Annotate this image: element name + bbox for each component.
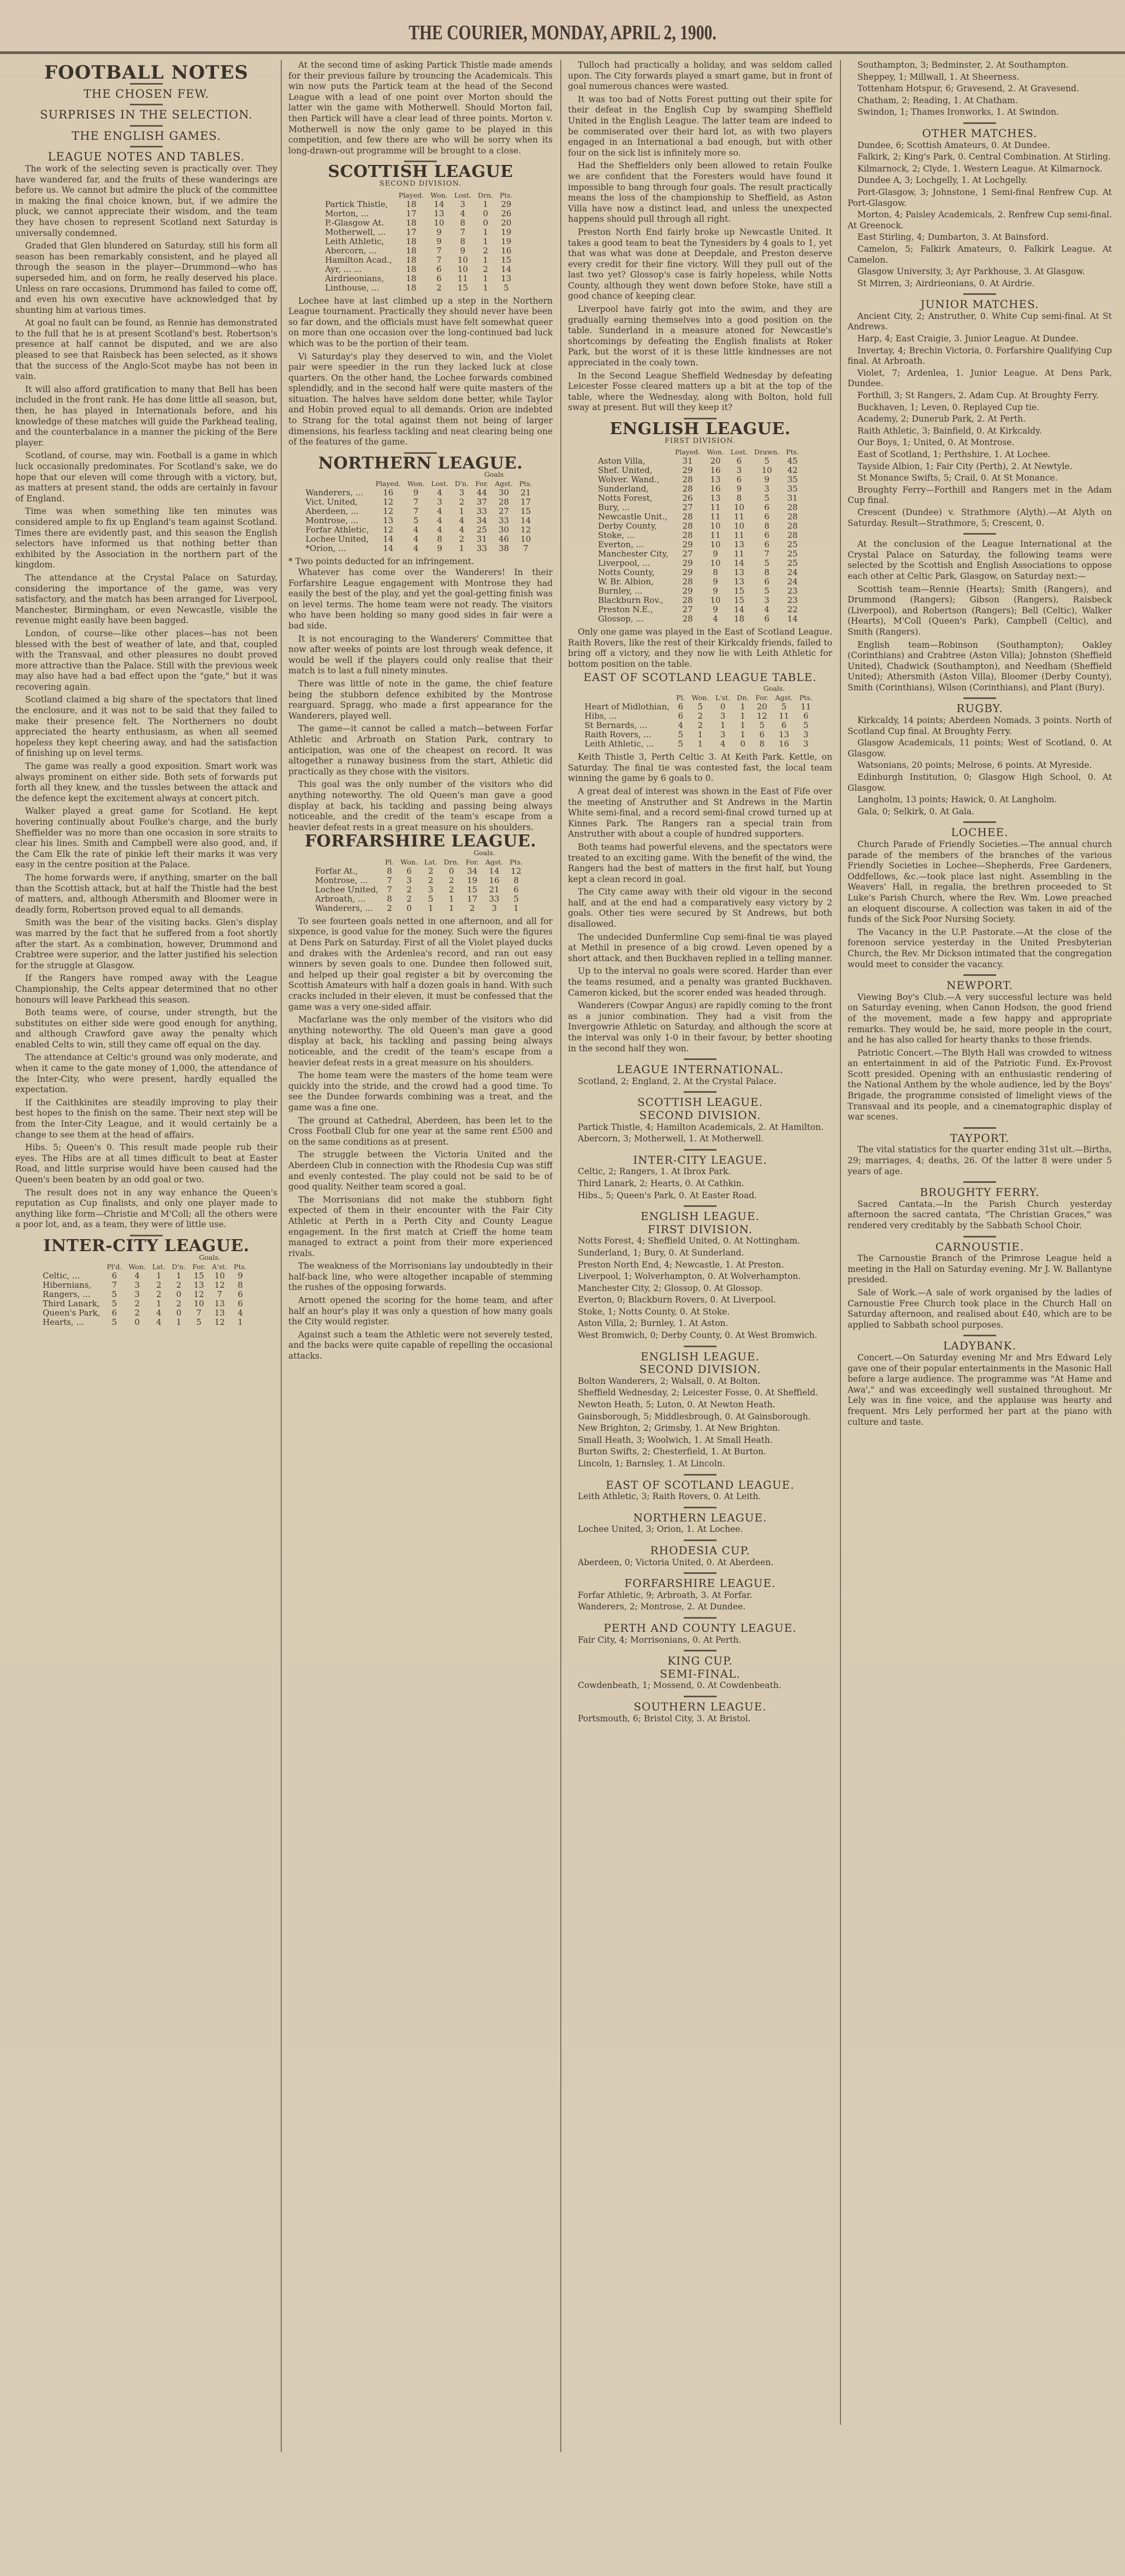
paragraph: The struggle between the Victoria United… — [288, 1150, 553, 1192]
result-line: Everton, 0; Blackburn Rovers, 0. At Live… — [568, 1295, 832, 1306]
stat-cell: 19 — [463, 876, 482, 885]
table-row: Celtic, ...641115109 — [43, 1271, 250, 1281]
stat-cell: 6 — [751, 503, 783, 512]
stat-cell: 1 — [688, 730, 712, 739]
result-line: Tayside Albion, 1; Fair City (Perth), 2.… — [848, 461, 1112, 472]
divider-rule — [684, 1617, 717, 1619]
result-line: Dundee A, 3; Lochgelly, 1. At Lochgelly. — [848, 175, 1112, 186]
team-name: Hibs, ... — [584, 712, 673, 721]
result-line: Manchester City, 2; Glossop, 0. At Gloss… — [568, 1283, 832, 1294]
stat-cell: 13 — [209, 1299, 230, 1308]
stat-cell: 24 — [783, 568, 802, 577]
paragraph: Liverpool have fairly got into the swim,… — [568, 304, 832, 369]
stat-cell: 5 — [404, 516, 428, 525]
stat-cell: 35 — [783, 484, 802, 494]
column-header: Lst. — [421, 857, 441, 867]
stat-cell: 14 — [427, 200, 451, 209]
results-heading: RHODESIA CUP. — [568, 1545, 832, 1556]
stat-cell: 4 — [712, 739, 733, 749]
result-line: Watsonians, 20 points; Melrose, 6 points… — [848, 760, 1112, 771]
stat-cell: 44 — [472, 488, 492, 498]
stat-cell: 3 — [796, 730, 816, 739]
result-line: Sunderland, 1; Bury, 0. At Sunderland. — [568, 1248, 832, 1259]
result-line: Aston Villa, 2; Burnley, 1. At Aston. — [568, 1318, 832, 1329]
divider-rule — [684, 1572, 717, 1574]
team-name: Raith Rovers, ... — [584, 730, 673, 739]
stat-cell: 8 — [230, 1281, 250, 1290]
divider-rule — [963, 697, 996, 699]
stat-cell: 17 — [395, 228, 427, 237]
spacer — [712, 684, 733, 693]
stat-cell: 10 — [451, 265, 475, 274]
stat-cell: 3 — [482, 904, 506, 913]
stat-cell: 2 — [397, 885, 421, 895]
stat-cell: 2 — [463, 904, 482, 913]
stat-cell: 9 — [751, 475, 783, 484]
team-header — [325, 191, 395, 200]
stat-cell: 16 — [372, 488, 404, 498]
table-row: W. Br. Albion,28913624 — [598, 577, 802, 587]
stat-cell: 6 — [751, 512, 783, 522]
stat-cell: 4 — [428, 488, 451, 498]
stat-cell: 4 — [404, 544, 428, 553]
paragraph: At goal no fault can be found, as Rennie… — [15, 318, 277, 382]
stat-cell: 5 — [103, 1318, 125, 1327]
stat-cell: 3 — [712, 712, 733, 721]
stat-cell: 13 — [727, 568, 751, 577]
stat-cell: 1 — [169, 1271, 189, 1281]
table-row: Derby County,281010828 — [598, 522, 802, 531]
stat-cell: 27 — [672, 549, 703, 559]
stat-cell: 1 — [733, 721, 752, 730]
result-line: St Monance Swifts, 5; Crail, 0. At St Mo… — [848, 473, 1112, 484]
column-2: At the second time of asking Partick Thi… — [288, 60, 553, 2565]
results-heading: LEAGUE INTERNATIONAL. — [568, 1064, 832, 1075]
result-line: Gala, 0; Selkirk, 0. At Gala. — [848, 807, 1112, 818]
stat-cell: 6 — [751, 577, 783, 587]
stat-cell: 4 — [452, 516, 472, 525]
stat-cell: 14 — [516, 516, 536, 525]
team-name: Heart of Midlothian, — [584, 702, 673, 712]
stat-cell: 5 — [103, 1299, 125, 1308]
divider-rule — [684, 1091, 717, 1093]
results-heading: FORFARSHIRE LEAGUE. — [568, 1578, 832, 1589]
stat-cell: 11 — [703, 512, 727, 522]
column-header: Agst. — [772, 693, 796, 702]
result-line: Forfar Athletic, 9; Arbroath, 3. At Forf… — [568, 1590, 832, 1601]
stat-cell: 1 — [506, 904, 526, 913]
team-name: Leith Athletic, ... — [584, 739, 673, 749]
stat-cell: 6 — [673, 712, 688, 721]
stat-cell: 4 — [751, 605, 783, 614]
result-line: Port-Glasgow, 3; Johnstone, 1 Semi-final… — [848, 187, 1112, 209]
paragraph: Viewing Boy's Club.—A very successful le… — [848, 992, 1112, 1046]
stat-cell: 1 — [475, 200, 496, 209]
column-header: Pts. — [496, 191, 516, 200]
result-line: Preston North End, 4; Newcastle, 1. At P… — [568, 1260, 832, 1271]
section-heading: LADYBANK. — [848, 1341, 1112, 1352]
result-line: New Brighton, 2; Grimsby, 1. At New Brig… — [568, 1423, 832, 1434]
stat-cell: 20 — [496, 218, 516, 228]
team-name: Forfar At., — [315, 867, 382, 876]
stat-cell: 1 — [169, 1318, 189, 1327]
stat-cell: 29 — [672, 587, 703, 596]
stat-cell: 15 — [451, 283, 475, 293]
paragraph: The game was really a good exposition. S… — [15, 761, 277, 804]
stat-cell: 18 — [395, 200, 427, 209]
table-row: Everton, ...291013625 — [598, 540, 802, 549]
stat-cell: 1 — [149, 1271, 169, 1281]
article-body: Lochee have at last climbed up a step in… — [288, 296, 553, 448]
team-name: Glossop, ... — [598, 614, 672, 624]
stat-cell: 2 — [382, 904, 397, 913]
team-name: Sunderland, — [598, 484, 672, 494]
stat-cell: 12 — [752, 712, 772, 721]
stat-cell: 11 — [796, 702, 816, 712]
paragraph: The weakness of the Morrisonians lay und… — [288, 1261, 553, 1293]
paragraph: The result does not in any way enhance t… — [15, 1188, 277, 1230]
column-header: Played. — [372, 479, 404, 488]
paragraph: Scottish team—Rennie (Hearts); Smith (Ra… — [848, 584, 1112, 638]
article-body: To see fourteen goals netted in one afte… — [288, 916, 553, 1362]
stat-cell: 18 — [395, 237, 427, 246]
table-row: *Orion, ...1449133387 — [305, 544, 535, 553]
paragraph: The home team were the masters of the ho… — [288, 1070, 553, 1113]
stat-cell: 22 — [783, 605, 802, 614]
table-row: Queen's Park,62407134 — [43, 1308, 250, 1318]
stat-cell: 7 — [427, 256, 451, 265]
paragraph: Sale of Work.—A sale of work organised b… — [848, 1288, 1112, 1330]
stat-cell: 6 — [103, 1271, 125, 1281]
stat-cell: 16 — [703, 484, 727, 494]
stat-cell: 25 — [472, 525, 492, 535]
stat-cell: 2 — [475, 265, 496, 274]
paragraph: London, of course—like other places—has … — [15, 629, 277, 693]
stat-cell: 2 — [125, 1308, 149, 1318]
table-title: SCOTTISH LEAGUE — [288, 167, 553, 177]
stat-cell: 11 — [772, 712, 796, 721]
stat-cell: 1 — [712, 721, 733, 730]
divider-rule — [963, 1335, 996, 1336]
stat-cell: 1 — [475, 237, 496, 246]
northern-league-table: NORTHERN LEAGUE.GoalsPlayed.Won.Lost.D'n… — [288, 458, 553, 567]
east-of-scotland-league-table: EAST OF SCOTLAND LEAGUE TABLE.Goals.Pl.W… — [568, 672, 832, 749]
column-header: Won. — [427, 191, 451, 200]
stat-cell: 37 — [472, 498, 492, 507]
team-name: Preston N.E., — [598, 605, 672, 614]
team-name: Linthouse, ... — [325, 283, 395, 293]
table-title: NORTHERN LEAGUE. — [288, 458, 553, 469]
result-line: Buckhaven, 1; Leven, 0. Replayed Cup tie… — [848, 402, 1112, 413]
result-line: Ancient City, 2; Anstruther, 0. White Cu… — [848, 311, 1112, 333]
stat-cell: 28 — [672, 484, 703, 494]
column-header: Pl. — [673, 693, 688, 702]
divider-rule — [684, 1696, 717, 1697]
stat-cell: 2 — [475, 246, 496, 256]
stat-cell: 14 — [727, 605, 751, 614]
column-header: D'n. — [452, 479, 472, 488]
stat-cell: 6 — [230, 1290, 250, 1299]
results-heading: SOUTHERN LEAGUE. — [568, 1702, 832, 1713]
stat-cell: 13 — [372, 516, 404, 525]
paragraph: It will also afford gratification to man… — [15, 384, 277, 449]
result-line: Leith Athletic, 3; Raith Rovers, 0. At L… — [568, 1491, 832, 1502]
team-name: Lochee United, — [315, 885, 382, 895]
stat-cell: 3 — [452, 488, 472, 498]
stat-cell: 1 — [475, 283, 496, 293]
stat-cell: 12 — [372, 525, 404, 535]
column-header: Drn. — [475, 191, 496, 200]
stat-cell: 3 — [125, 1281, 149, 1290]
team-name: Blackburn Rov., — [598, 596, 672, 605]
paragraph: Lochee have at last climbed up a step in… — [288, 296, 553, 350]
team-name: Forfar Athletic, — [305, 525, 372, 535]
stat-cell: 7 — [404, 498, 428, 507]
team-name: Everton, ... — [598, 540, 672, 549]
column-header: Pts. — [783, 447, 802, 457]
stat-cell: 42 — [783, 466, 802, 475]
stat-cell: 2 — [421, 867, 441, 876]
stat-cell: 28 — [492, 498, 516, 507]
column-header: Drn. — [441, 857, 463, 867]
stat-cell: 6 — [752, 730, 772, 739]
column-divider — [560, 60, 561, 2452]
team-name: Lochee United, — [305, 535, 372, 544]
stat-cell: 8 — [751, 568, 783, 577]
team-name: Montrose, ... — [305, 516, 372, 525]
team-name: Abercorn, ... — [325, 246, 395, 256]
paragraph: The game—it cannot be called a match—bet… — [288, 724, 553, 777]
result-line: Liverpool, 1; Wolverhampton, 0. At Wolve… — [568, 1271, 832, 1282]
stat-cell: 9 — [727, 484, 751, 494]
column-header: Pts. — [506, 857, 526, 867]
stat-cell: 2 — [427, 283, 451, 293]
stat-cell: 9 — [427, 237, 451, 246]
stat-cell: 14 — [727, 559, 751, 568]
column-divider — [281, 60, 282, 2452]
result-line: Abercorn, 3; Motherwell, 1. At Motherwel… — [568, 1134, 832, 1145]
article-body: The work of the selecting seven is pract… — [15, 164, 277, 1230]
stat-cell: 5 — [688, 702, 712, 712]
paragraph: The ground at Cathedral, Aberdeen, has b… — [288, 1116, 553, 1148]
stat-cell: 6 — [673, 702, 688, 712]
team-name: Newcastle Unit., — [598, 512, 672, 522]
stat-cell: 28 — [672, 475, 703, 484]
stat-cell: 9 — [404, 488, 428, 498]
match-results: LEAGUE INTERNATIONAL.Scotland, 2; Englan… — [568, 1058, 832, 1724]
paragraph: Time was when something like ten minutes… — [15, 506, 277, 571]
stat-cell: 9 — [703, 577, 727, 587]
column-header: Pts. — [230, 1262, 250, 1271]
results-heading: NORTHERN LEAGUE. — [568, 1513, 832, 1524]
stat-cell: 20 — [752, 702, 772, 712]
result-line: Fair City, 4; Morrisonians, 0. At Perth. — [568, 1635, 832, 1646]
table-row: Raith Rovers, ...51316133 — [584, 730, 815, 739]
result-line: Portsmouth, 6; Bristol City, 3. At Brist… — [568, 1714, 832, 1725]
column-header: Agst. — [492, 479, 516, 488]
stat-cell: 7 — [404, 507, 428, 516]
team-name: P.-Glasgow At. — [325, 218, 395, 228]
stat-cell: 5 — [103, 1290, 125, 1299]
team-name: Celtic, ... — [43, 1271, 103, 1281]
results-heading: EAST OF SCOTLAND LEAGUE. — [568, 1480, 832, 1491]
spacer — [733, 684, 752, 693]
table-row: Third Lanark,521210136 — [43, 1299, 250, 1308]
stat-cell: 2 — [688, 721, 712, 730]
stat-cell: 6 — [103, 1308, 125, 1318]
paragraph: Hibs. 5; Queen's 0. This result made peo… — [15, 1142, 277, 1185]
results-heading: SCOTTISH LEAGUE. — [568, 1097, 832, 1108]
stat-cell: 15 — [463, 885, 482, 895]
column-header: Pts. — [516, 479, 536, 488]
stat-cell: 18 — [395, 256, 427, 265]
stat-cell: 46 — [492, 535, 516, 544]
stat-cell: 7 — [427, 246, 451, 256]
paragraph: Keith Thistle 3, Perth Celtic 3. At Keit… — [568, 752, 832, 784]
stat-cell: 5 — [751, 457, 783, 466]
paragraph: This goal was the only number of the vis… — [288, 779, 553, 833]
result-line: Violet, 7; Ardenlea, 1. Junior League. A… — [848, 368, 1112, 389]
stat-cell: 2 — [688, 712, 712, 721]
stat-cell: 9 — [703, 549, 727, 559]
stat-cell: 9 — [427, 228, 451, 237]
stat-cell: 28 — [783, 531, 802, 540]
stat-cell: 6 — [427, 274, 451, 283]
results-subheading: SEMI-FINAL. — [568, 1669, 832, 1680]
stat-cell: 6 — [751, 531, 783, 540]
stat-cell: 33 — [492, 516, 516, 525]
stat-cell: 14 — [783, 614, 802, 624]
paragraph: A great deal of interest was shown in th… — [568, 786, 832, 840]
scottish-league-table: SCOTTISH LEAGUESECOND DIVISION.Played.Wo… — [288, 167, 553, 292]
team-name: Stoke, ... — [598, 531, 672, 540]
paragraph: Tulloch had practically a holiday, and w… — [568, 60, 832, 92]
team-name: Montrose, ... — [315, 876, 382, 885]
stat-cell: 4 — [428, 525, 451, 535]
stat-cell: 4 — [404, 535, 428, 544]
spacer — [673, 684, 688, 693]
divider-rule — [684, 1149, 717, 1151]
result-line: Kilmarnock, 2; Clyde, 1. Western League.… — [848, 164, 1112, 175]
paragraph: Graded that Glen blundered on Saturday, … — [15, 241, 277, 316]
paragraph: English team—Robinson (Southampton); Oak… — [848, 640, 1112, 694]
stat-cell: 13 — [772, 730, 796, 739]
stat-cell: 0 — [125, 1318, 149, 1327]
stat-cell: 16 — [772, 739, 796, 749]
stat-cell: 0 — [733, 739, 752, 749]
team-name: Bury, ... — [598, 503, 672, 512]
result-line: Dundee, 6; Scottish Amateurs, 0. At Dund… — [848, 140, 1112, 151]
stat-cell: 14 — [372, 544, 404, 553]
stat-cell: 35 — [783, 475, 802, 484]
divider-rule — [684, 1650, 717, 1651]
section-heading: JUNIOR MATCHES. — [848, 299, 1112, 310]
header-row: Pl'd.Won.Lst.D'n.For.A'st.Pts. — [43, 1262, 250, 1271]
result-line: Sheppey, 1; Millwall, 1. At Sheerness. — [848, 72, 1112, 83]
match-results: Southampton, 3; Bedminster, 2. At Southa… — [848, 60, 1112, 118]
paragraph: The undecided Dunfermline Cup semi-final… — [568, 932, 832, 964]
result-line: Broughty Ferry—Forthill and Rangers met … — [848, 485, 1112, 506]
stat-cell: 8 — [428, 535, 451, 544]
column-header: Won. — [404, 479, 428, 488]
team-name: Notts County, — [598, 568, 672, 577]
stat-cell: 2 — [441, 876, 463, 885]
result-line: Celtic, 2; Rangers, 1. At Ibrox Park. — [568, 1166, 832, 1177]
stat-cell: 8 — [752, 739, 772, 749]
stat-cell: 0 — [475, 209, 496, 218]
stat-cell: 29 — [496, 200, 516, 209]
stat-cell: 2 — [169, 1299, 189, 1308]
paragraph: It is not encouraging to the Wanderers' … — [288, 634, 553, 677]
stat-cell: 27 — [492, 507, 516, 516]
league-table: Goals.Pl.Won.Lst.Drn.For.Agst.Pts.Forfar… — [315, 848, 526, 913]
table-title: EAST OF SCOTLAND LEAGUE TABLE. — [568, 672, 832, 683]
stat-cell: 5 — [772, 702, 796, 712]
divider-rule — [130, 104, 163, 105]
result-line: Hibs., 5; Queen's Park, 0. At Easter Roa… — [568, 1191, 832, 1201]
stat-cell: 14 — [482, 867, 506, 876]
forfarshire-league-table: FORFARSHIRE LEAGUE.Goals.Pl.Won.Lst.Drn.… — [288, 836, 553, 913]
table-row: Hibs, ...623112116 — [584, 712, 815, 721]
column-header: For. — [472, 479, 492, 488]
stat-cell: 2 — [421, 876, 441, 885]
result-line: Third Lanark, 2; Hearts, 0. At Cathkin. — [568, 1179, 832, 1189]
stat-cell: 10 — [703, 559, 727, 568]
column-header: Lost. — [451, 191, 475, 200]
stat-cell: 3 — [428, 498, 451, 507]
divider-rule — [963, 1236, 996, 1237]
header-row: Played.Won.Lost.D'n.For.Agst.Pts. — [305, 479, 535, 488]
paragraph: The Carnoustie Branch of the Primrose Le… — [848, 1253, 1112, 1286]
article-subhead: SURPRISES IN THE SELECTION. — [15, 110, 277, 121]
results-subheading: SECOND DIVISION. — [568, 1110, 832, 1121]
spacer — [584, 684, 673, 693]
paragraph: Macfarlane was the only member of the vi… — [288, 1015, 553, 1068]
table-row: Lochee United,723215216 — [315, 885, 526, 895]
stat-cell: 15 — [727, 596, 751, 605]
table-row: Blackburn Rov.,281015323 — [598, 596, 802, 605]
stat-cell: 7 — [103, 1281, 125, 1290]
stat-cell: 13 — [209, 1308, 230, 1318]
article-body: Tulloch had practically a holiday, and w… — [568, 60, 832, 413]
paragraph: Only one game was played in the East of … — [568, 627, 832, 670]
stat-cell: 30 — [492, 488, 516, 498]
stat-cell: 2 — [452, 498, 472, 507]
stat-cell: 12 — [506, 867, 526, 876]
column-4: Southampton, 3; Bedminster, 2. At Southa… — [848, 60, 1112, 2565]
stat-cell: 9 — [451, 246, 475, 256]
intercity-league-table: INTER-CITY LEAGUE.Goals.Pl'd.Won.Lst.D'n… — [15, 1241, 277, 1327]
result-line: Southampton, 3; Bedminster, 2. At Southa… — [848, 60, 1112, 71]
result-line: West Bromwich, 0; Derby County, 0. At We… — [568, 1330, 832, 1341]
column-header: Played. — [395, 191, 427, 200]
stat-cell: 2 — [441, 885, 463, 895]
stat-cell: 5 — [496, 283, 516, 293]
table-row: Forfar At.,8620341412 — [315, 867, 526, 876]
stat-cell: 10 — [516, 535, 536, 544]
team-name: Third Lanark, — [43, 1299, 103, 1308]
table-row: Leith Athletic, ...51408163 — [584, 739, 815, 749]
result-line: Notts Forest, 4; Sheffield United, 0. At… — [568, 1236, 832, 1247]
team-name: Leith Athletic, — [325, 237, 395, 246]
table-row: Ayr, ... ...18610214 — [325, 265, 516, 274]
result-line: Raith Athletic, 3; Bainfield, 0. At Kirk… — [848, 426, 1112, 437]
divider-rule — [684, 1058, 717, 1060]
stat-cell: 29 — [672, 559, 703, 568]
table-row: Arbroath, ...825117335 — [315, 895, 526, 904]
paragraph: Scotland claimed a big share of the spec… — [15, 695, 277, 759]
stat-cell: 33 — [472, 544, 492, 553]
